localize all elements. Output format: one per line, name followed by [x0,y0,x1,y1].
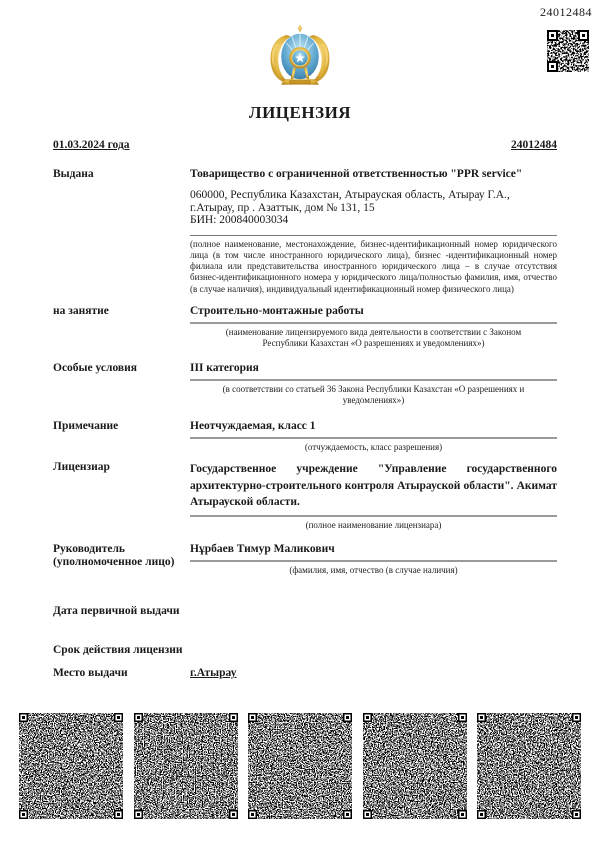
field-licensor: Лицензиар Государственное учреждение "Уп… [53,461,557,531]
rule [190,235,557,236]
field-issue-place: Место выдачи г.Атырау [53,667,557,680]
data-matrix-code-5-icon [477,713,581,819]
field-first-issue-date: Дата первичной выдачи [53,605,557,618]
first-issue-date-value [190,605,557,615]
field-head-label-line2: (уполномоченное лицо) [53,556,184,569]
data-matrix-code-2-icon [134,713,238,819]
field-issued-note: (полное наименование, местонахождение, б… [190,239,557,295]
field-issue-place-label: Место выдачи [53,667,190,680]
kazakhstan-emblem-icon [266,23,334,90]
validity-value [190,644,557,654]
issue-place-value: г.Атырау [190,667,557,680]
field-activity-note: (наименование лицензируемого вида деятел… [190,327,557,350]
rule [190,515,557,517]
rule [190,379,557,381]
field-issued: Выдана Товарищество с ограниченной ответ… [53,168,557,295]
field-licensor-note: (полное наименование лицензиара) [190,520,557,531]
field-activity-label: на занятие [53,305,190,318]
rule [190,560,557,562]
field-validity: Срок действия лицензии [53,644,557,657]
data-matrix-code-3-icon [248,713,352,819]
field-licensor-label: Лицензиар [53,461,190,474]
field-validity-label: Срок действия лицензии [53,644,190,657]
page-title: ЛИЦЕНЗИЯ [0,103,600,123]
field-remark-label: Примечание [53,420,190,433]
licensee-name: Товарищество с ограниченной ответственно… [190,168,557,181]
field-remark: Примечание Неотчуждаемая, класс 1 (отчуж… [53,420,557,453]
licensor-value: Государственное учреждение "Управление г… [190,461,557,511]
field-head-label-line1: Руководитель [53,543,184,556]
license-body: 01.03.2024 года 24012484 Выдана Товарище… [53,139,557,680]
qr-code-icon [546,29,590,73]
field-issued-label: Выдана [53,168,190,181]
data-matrix-code-4-icon [363,713,467,819]
field-head-note: (фамилия, имя, отчество (в случае наличи… [190,565,557,576]
rule [190,437,557,439]
special-conditions-value: III категория [190,362,557,375]
field-head-person: Руководитель (уполномоченное лицо) Нұрба… [53,543,557,576]
field-special-conditions-note: (в соответствии со статьей 36 Закона Рес… [190,384,557,407]
document-number-top: 24012484 [540,5,592,20]
licensee-bin: БИН: 200840003034 [190,214,557,227]
field-special-conditions-label: Особые условия [53,362,190,375]
field-activity: на занятие Строительно-монтажные работы … [53,305,557,350]
license-document: 24012484 [0,0,600,848]
signature-code-strip [19,713,581,819]
license-number: 24012484 [511,139,557,152]
data-matrix-code-1-icon [19,713,123,819]
field-special-conditions: Особые условия III категория (в соответс… [53,362,557,407]
rule [190,322,557,324]
date-number-row: 01.03.2024 года 24012484 [53,139,557,152]
head-person-name: Нұрбаев Тимур Маликович [190,543,557,556]
licensee-address: 060000, Республика Казахстан, Атырауская… [190,189,557,214]
issue-date: 01.03.2024 года [53,139,130,152]
remark-value: Неотчуждаемая, класс 1 [190,420,557,433]
field-remark-note: (отчуждаемость, класс разрешения) [190,442,557,453]
field-first-issue-date-label: Дата первичной выдачи [53,605,190,618]
activity-value: Строительно-монтажные работы [190,305,557,318]
